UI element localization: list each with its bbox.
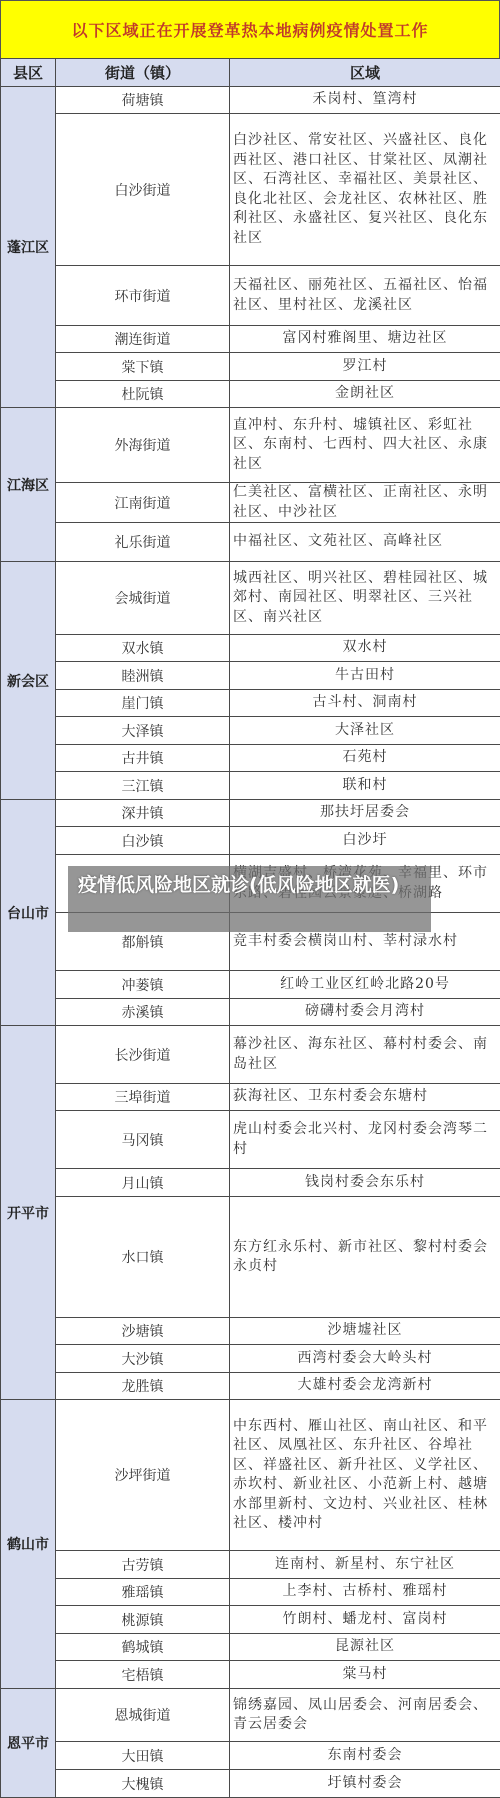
- table-row: 大槐镇圩镇村委会: [1, 1770, 500, 1798]
- town-cell: 礼乐街道: [56, 523, 230, 562]
- area-cell: 牛古田村: [230, 662, 500, 690]
- town-cell: 桃源镇: [56, 1606, 230, 1634]
- town-cell: 双水镇: [56, 635, 230, 662]
- area-cell: 联和村: [230, 772, 500, 800]
- town-cell: 睦洲镇: [56, 662, 230, 690]
- table-row: 台山市深井镇那扶圩居委会: [1, 800, 500, 827]
- area-cell: 石苑村: [230, 745, 500, 772]
- area-cell: 连南村、新星村、东宁社区: [230, 1551, 500, 1579]
- area-cell: 圩镇村委会: [230, 1770, 500, 1798]
- town-cell: 沙坪街道: [56, 1400, 230, 1551]
- area-cell: 幕沙社区、海东社区、幕村村委会、南岛社区: [230, 1026, 500, 1084]
- table-row: 桃源镇竹朗村、蟠龙村、富岗村: [1, 1606, 500, 1634]
- area-cell: 中福社区、文苑社区、高峰社区: [230, 523, 500, 562]
- area-cell: 磅礴村委会月湾村: [230, 999, 500, 1026]
- town-cell: 江南街道: [56, 483, 230, 523]
- town-cell: 赤溪镇: [56, 999, 230, 1026]
- table-row: 江南街道仁美社区、富横社区、正南社区、永明社区、中沙社区: [1, 483, 500, 523]
- county-cell: 台山市: [1, 800, 56, 1026]
- table-row: 沙塘镇沙塘墟社区: [1, 1318, 500, 1345]
- table-row: 古劳镇连南村、新星村、东宁社区: [1, 1551, 500, 1579]
- town-cell: 古井镇: [56, 745, 230, 772]
- town-cell: 鹤城镇: [56, 1634, 230, 1661]
- county-cell: 恩平市: [1, 1689, 56, 1798]
- area-cell: 西湾村委会大岭头村: [230, 1345, 500, 1373]
- table-row: 双水镇双水村: [1, 635, 500, 662]
- page-title: 以下区域正在开展登革热本地病例疫情处置工作: [0, 0, 500, 60]
- town-cell: 大沙镇: [56, 1345, 230, 1373]
- town-cell: 雅瑶镇: [56, 1579, 230, 1606]
- county-cell: 蓬江区: [1, 87, 56, 408]
- town-cell: 大槐镇: [56, 1770, 230, 1798]
- area-cell: 中东西村、雁山社区、南山社区、和平社区、凤凰社区、东升社区、谷埠社区、祥盛社区、…: [230, 1400, 500, 1551]
- area-cell: 金朗社区: [230, 381, 500, 408]
- table-row: 鹤山市沙坪街道中东西村、雁山社区、南山社区、和平社区、凤凰社区、东升社区、谷埠社…: [1, 1400, 500, 1551]
- town-cell: 长沙街道: [56, 1026, 230, 1084]
- table-row: 环市街道天福社区、丽苑社区、五福社区、怡福社区、里村社区、龙溪社区: [1, 266, 500, 326]
- town-cell: 龙胜镇: [56, 1373, 230, 1400]
- area-cell: 沙塘墟社区: [230, 1318, 500, 1345]
- town-cell: 外海街道: [56, 408, 230, 483]
- caption-overlay: 疫情低风险地区就诊(低风险地区就医): [68, 866, 431, 932]
- header-county: 县区: [1, 59, 56, 87]
- table-row: 棠下镇罗江村: [1, 353, 500, 381]
- table-row: 新会区会城街道城西社区、明兴社区、碧桂园社区、城郊村、南园社区、明翠社区、三兴社…: [1, 562, 500, 635]
- area-cell: 东方红永乐村、新市社区、黎村村委会永贞村: [230, 1197, 500, 1318]
- town-cell: 大田镇: [56, 1742, 230, 1770]
- area-cell: 大雄村委会龙湾新村: [230, 1373, 500, 1400]
- table-row: 崖门镇古斗村、洞南村: [1, 690, 500, 717]
- county-cell: 江海区: [1, 408, 56, 562]
- table-row: 冲蒌镇红岭工业区红岭北路20号: [1, 971, 500, 999]
- table-row: 礼乐街道中福社区、文苑社区、高峰社区: [1, 523, 500, 562]
- area-cell: 罗江村: [230, 353, 500, 381]
- table-row: 赤溪镇磅礴村委会月湾村: [1, 999, 500, 1026]
- town-cell: 崖门镇: [56, 690, 230, 717]
- area-cell: 荻海社区、卫东村委会东塘村: [230, 1084, 500, 1111]
- table-row: 恩平市恩城街道锦绣嘉园、凤山居委会、河南居委会、青云居委会: [1, 1689, 500, 1742]
- table-row: 古井镇石苑村: [1, 745, 500, 772]
- area-cell: 钱岗村委会东乐村: [230, 1169, 500, 1197]
- area-cell: 双水村: [230, 635, 500, 662]
- town-cell: 环市街道: [56, 266, 230, 326]
- area-cell: 棠马村: [230, 1661, 500, 1689]
- area-cell: 白沙圩: [230, 827, 500, 855]
- town-cell: 马冈镇: [56, 1111, 230, 1169]
- area-cell: 昆源社区: [230, 1634, 500, 1661]
- area-cell: 天福社区、丽苑社区、五福社区、怡福社区、里村社区、龙溪社区: [230, 266, 500, 326]
- area-cell: 虎山村委会北兴村、龙冈村委会湾琴二村: [230, 1111, 500, 1169]
- town-cell: 深井镇: [56, 800, 230, 827]
- area-cell: 红岭工业区红岭北路20号: [230, 971, 500, 999]
- table-row: 鹤城镇昆源社区: [1, 1634, 500, 1661]
- table-row: 月山镇钱岗村委会东乐村: [1, 1169, 500, 1197]
- table-header-row: 县区 街道（镇） 区域: [1, 59, 500, 87]
- table-row: 白沙镇白沙圩: [1, 827, 500, 855]
- table-row: 三埠街道荻海社区、卫东村委会东塘村: [1, 1084, 500, 1111]
- town-cell: 会城街道: [56, 562, 230, 635]
- town-cell: 杜阮镇: [56, 381, 230, 408]
- table-row: 水口镇东方红永乐村、新市社区、黎村村委会永贞村: [1, 1197, 500, 1318]
- town-cell: 沙塘镇: [56, 1318, 230, 1345]
- county-cell: 开平市: [1, 1026, 56, 1400]
- county-cell: 新会区: [1, 562, 56, 800]
- town-cell: 月山镇: [56, 1169, 230, 1197]
- table-row: 潮连街道富冈村雅阁里、塘边社区: [1, 326, 500, 353]
- area-cell: 上李村、古桥村、雅瑶村: [230, 1579, 500, 1606]
- area-cell: 直冲村、东升村、墟镇社区、彩虹社区、东南村、七西村、四大社区、永康社区: [230, 408, 500, 483]
- table-row: 江海区外海街道直冲村、东升村、墟镇社区、彩虹社区、东南村、七西村、四大社区、永康…: [1, 408, 500, 483]
- town-cell: 宅梧镇: [56, 1661, 230, 1689]
- area-cell: 竹朗村、蟠龙村、富岗村: [230, 1606, 500, 1634]
- table-row: 雅瑶镇上李村、古桥村、雅瑶村: [1, 1579, 500, 1606]
- town-cell: 冲蒌镇: [56, 971, 230, 999]
- table-row: 蓬江区荷塘镇禾岗村、篁湾村: [1, 87, 500, 114]
- town-cell: 三埠街道: [56, 1084, 230, 1111]
- area-cell: 白沙社区、常安社区、兴盛社区、良化西社区、港口社区、甘棠社区、凤潮社区、石湾社区…: [230, 114, 500, 266]
- table-row: 宅梧镇棠马村: [1, 1661, 500, 1689]
- table-row: 大泽镇大泽社区: [1, 717, 500, 745]
- town-cell: 棠下镇: [56, 353, 230, 381]
- town-cell: 古劳镇: [56, 1551, 230, 1579]
- area-cell: 大泽社区: [230, 717, 500, 745]
- town-cell: 白沙镇: [56, 827, 230, 855]
- county-cell: 鹤山市: [1, 1400, 56, 1689]
- town-cell: 荷塘镇: [56, 87, 230, 114]
- table-row: 白沙街道白沙社区、常安社区、兴盛社区、良化西社区、港口社区、甘棠社区、凤潮社区、…: [1, 114, 500, 266]
- table-row: 马冈镇虎山村委会北兴村、龙冈村委会湾琴二村: [1, 1111, 500, 1169]
- header-area: 区域: [230, 59, 500, 87]
- table-row: 龙胜镇大雄村委会龙湾新村: [1, 1373, 500, 1400]
- table-body: 蓬江区荷塘镇禾岗村、篁湾村白沙街道白沙社区、常安社区、兴盛社区、良化西社区、港口…: [1, 87, 500, 1798]
- table-row: 杜阮镇金朗社区: [1, 381, 500, 408]
- area-cell: 富冈村雅阁里、塘边社区: [230, 326, 500, 353]
- table-row: 睦洲镇牛古田村: [1, 662, 500, 690]
- town-cell: 恩城街道: [56, 1689, 230, 1742]
- area-cell: 仁美社区、富横社区、正南社区、永明社区、中沙社区: [230, 483, 500, 523]
- table-row: 开平市长沙街道幕沙社区、海东社区、幕村村委会、南岛社区: [1, 1026, 500, 1084]
- table-row: 三江镇联和村: [1, 772, 500, 800]
- area-cell: 城西社区、明兴社区、碧桂园社区、城郊村、南园社区、明翠社区、三兴社区、南兴社区: [230, 562, 500, 635]
- table-row: 大田镇东南村委会: [1, 1742, 500, 1770]
- area-cell: 古斗村、洞南村: [230, 690, 500, 717]
- area-cell: 禾岗村、篁湾村: [230, 87, 500, 114]
- area-cell: 东南村委会: [230, 1742, 500, 1770]
- town-cell: 潮连街道: [56, 326, 230, 353]
- header-town: 街道（镇）: [56, 59, 230, 87]
- town-cell: 大泽镇: [56, 717, 230, 745]
- town-cell: 水口镇: [56, 1197, 230, 1318]
- area-cell: 那扶圩居委会: [230, 800, 500, 827]
- area-cell: 锦绣嘉园、凤山居委会、河南居委会、青云居委会: [230, 1689, 500, 1742]
- town-cell: 白沙街道: [56, 114, 230, 266]
- town-cell: 三江镇: [56, 772, 230, 800]
- table-row: 大沙镇西湾村委会大岭头村: [1, 1345, 500, 1373]
